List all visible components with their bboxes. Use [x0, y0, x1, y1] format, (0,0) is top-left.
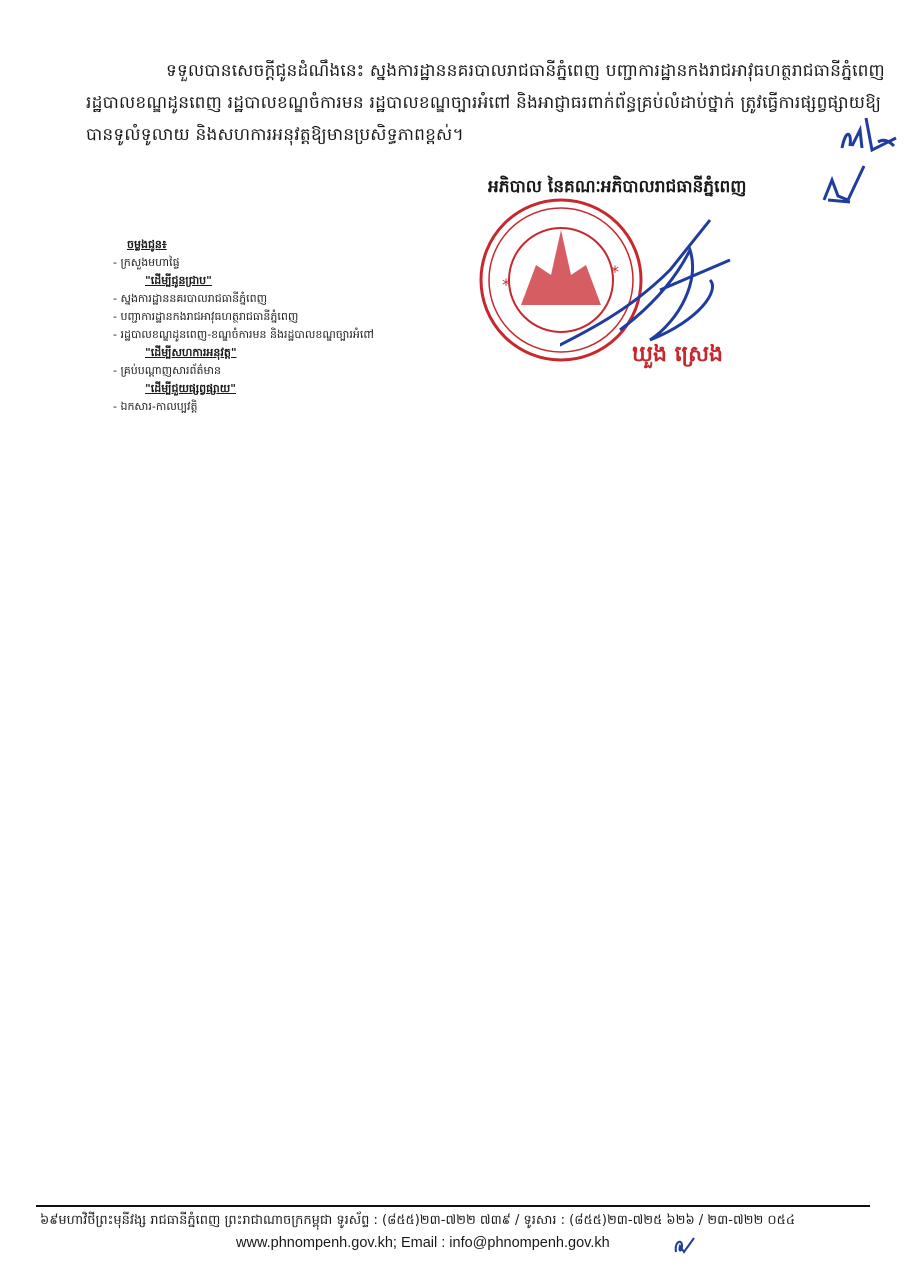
cc-purpose: "ដើម្បីជូនជ្រាប" — [145, 272, 374, 290]
initial-mark-icon — [672, 1234, 696, 1256]
cc-block: ចម្លងជូន៖ - ក្រសួងមហាផ្ទៃ "ដើម្បីជូនជ្រា… — [113, 236, 374, 416]
cc-item: - ក្រសួងមហាផ្ទៃ — [113, 254, 374, 272]
cc-heading: ចម្លងជូន៖ — [127, 236, 374, 254]
cc-purpose: "ដើម្បីសហការអនុវត្ត" — [145, 344, 374, 362]
footer-web-email: www.phnompenh.gov.kh; Email : info@phnom… — [236, 1235, 610, 1251]
signer-name: ឃួង ស្រេង — [632, 340, 723, 372]
body-paragraph: ទទួលបានសេចក្តីជូនដំណឹងនេះ ស្នងការដ្ឋាននគ… — [86, 55, 886, 151]
cc-item: - រដ្ឋបាលខណ្ឌដូនពេញ-ខណ្ឌចំការមន និងរដ្ឋប… — [113, 326, 374, 344]
signature-icon — [560, 210, 740, 360]
cc-purpose: "ដើម្បីជួយផ្សព្វផ្សាយ" — [145, 380, 374, 398]
initial-mark-icon — [820, 160, 870, 206]
svg-text:*: * — [502, 275, 510, 294]
cc-item: - ឯកសារ-កាលប្បវត្តិ — [113, 398, 374, 416]
cc-item: - ស្នងការដ្ឋាននគរបាលរាជធានីភ្នំពេញ — [113, 290, 374, 308]
footer-address: ៦៩មហាវិថីព្រះមុនីវង្ស រាជធានីភ្នំពេញ ព្រ… — [40, 1212, 870, 1231]
initial-mark-icon — [838, 108, 900, 160]
cc-item: - បញ្ជាការដ្ឋានកងរាជអាវុធហត្ថរាជធានីភ្នំ… — [113, 308, 374, 326]
cc-item: - គ្រប់បណ្តាញសារព័ត៌មាន — [113, 362, 374, 380]
footer-rule — [36, 1205, 870, 1207]
